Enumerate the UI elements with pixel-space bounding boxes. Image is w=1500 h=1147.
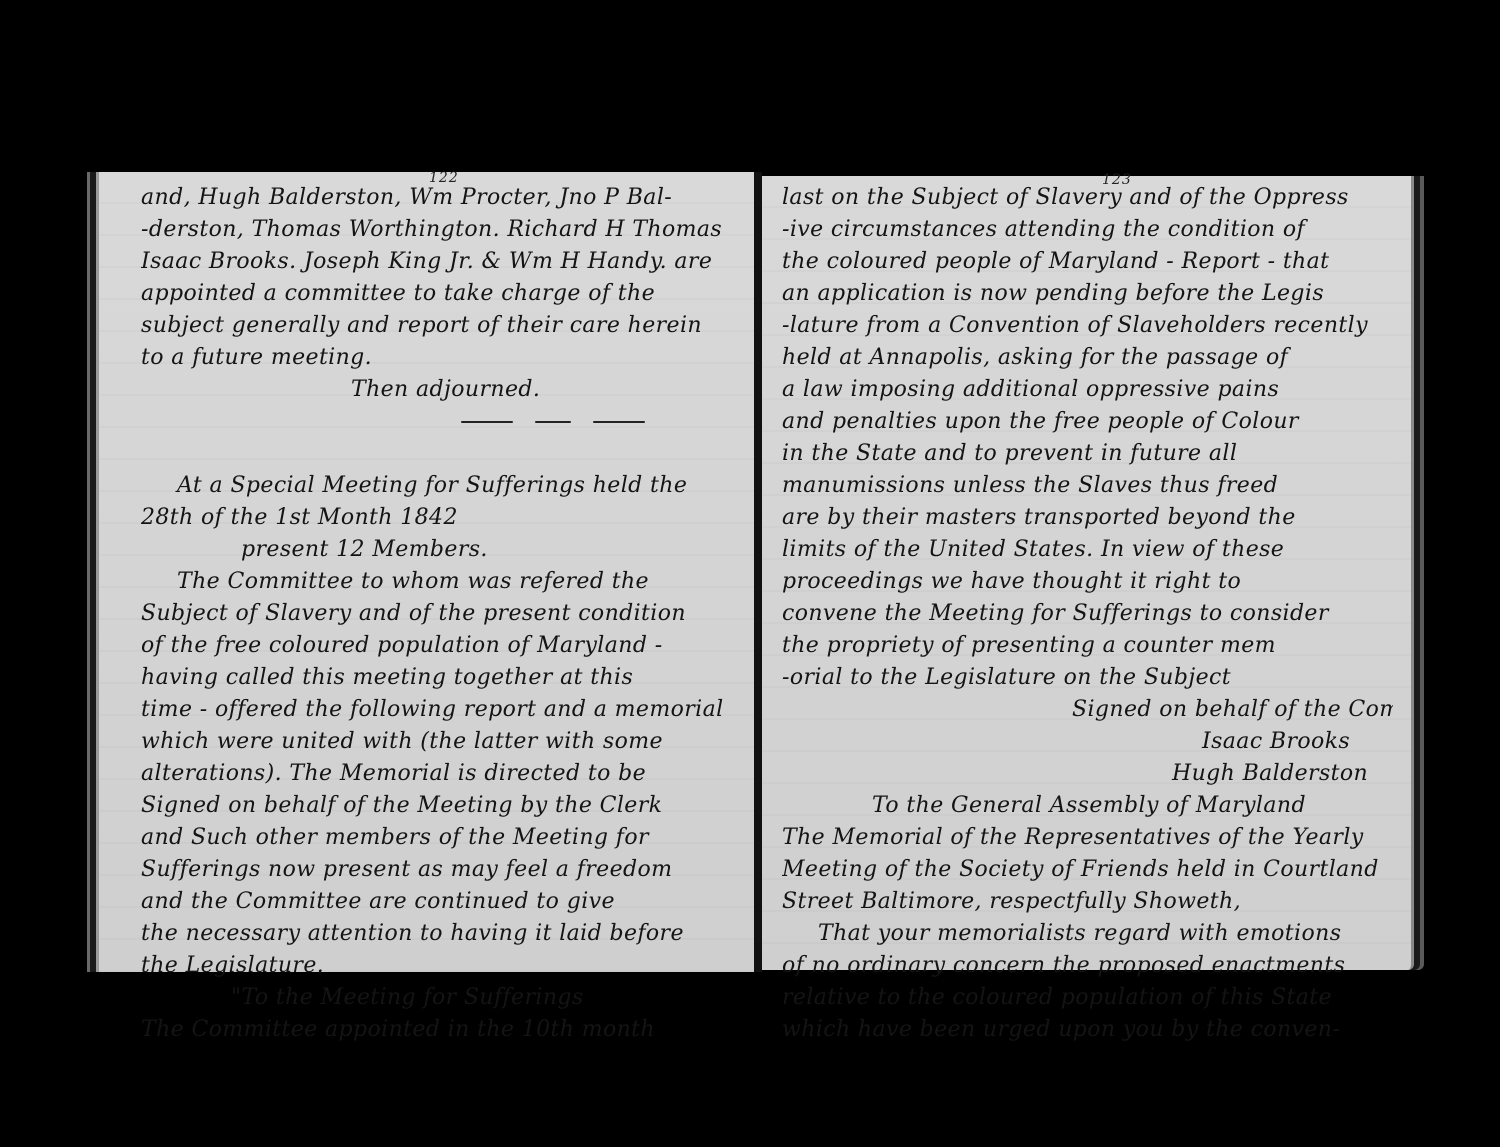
right-page-text: last on the Subject of Slavery and of th…: [782, 182, 1393, 1046]
text-line: the propriety of presenting a counter me…: [782, 630, 1393, 662]
right-page: 123 last on the Subject of Slavery and o…: [762, 176, 1414, 970]
text-line: Sufferings now present as may feel a fre…: [141, 854, 738, 886]
signature-isaac-brooks: Isaac Brooks: [782, 726, 1393, 758]
text-line: time - offered the following report and …: [141, 694, 738, 726]
signed-on-behalf-line: Signed on behalf of the Comee: [782, 694, 1393, 726]
meeting-date-line: 28th of the 1st Month 1842: [141, 502, 738, 534]
text-line: and penalties upon the free people of Co…: [782, 406, 1393, 438]
book-gutter: [754, 172, 762, 972]
text-line: -lature from a Convention of Slaveholder…: [782, 310, 1393, 342]
text-line: are by their masters transported beyond …: [782, 502, 1393, 534]
text-line: to a future meeting.: [141, 342, 738, 374]
text-line: in the State and to prevent in future al…: [782, 438, 1393, 470]
text-line: of the free coloured population of Maryl…: [141, 630, 738, 662]
text-line: limits of the United States. In view of …: [782, 534, 1393, 566]
text-line: which have been urged upon you by the co…: [782, 1014, 1393, 1046]
meeting-heading-line: At a Special Meeting for Sufferings held…: [141, 470, 738, 502]
text-line: and, Hugh Balderston, Wm Procter, Jno P …: [141, 182, 738, 214]
text-line: -derston, Thomas Worthington. Richard H …: [141, 214, 738, 246]
open-book: 122 and, Hugh Balderston, Wm Procter, Jn…: [88, 166, 1428, 974]
address-heading-line: "To the Meeting for Sufferings: [141, 982, 738, 1014]
text-line: of no ordinary concern the proposed enac…: [782, 950, 1393, 982]
text-line: Street Baltimore, respectfully Showeth,: [782, 886, 1393, 918]
text-line: appointed a committee to take charge of …: [141, 278, 738, 310]
text-line: the coloured people of Maryland - Report…: [782, 246, 1393, 278]
text-line: subject generally and report of their ca…: [141, 310, 738, 342]
text-line: alterations). The Memorial is directed t…: [141, 758, 738, 790]
text-line: -orial to the Legislature on the Subject: [782, 662, 1393, 694]
text-line: the Legislature.: [141, 950, 738, 982]
text-line: the necessary attention to having it lai…: [141, 918, 738, 950]
text-line: an application is now pending before the…: [782, 278, 1393, 310]
section-divider-flourish: [141, 406, 738, 438]
text-line: which were united with (the latter with …: [141, 726, 738, 758]
spacer-line: [141, 438, 738, 470]
text-line: last on the Subject of Slavery and of th…: [782, 182, 1393, 214]
text-line: The Committee to whom was refered the: [141, 566, 738, 598]
signature-hugh-balderston: Hugh Balderston: [782, 758, 1393, 790]
text-line: Signed on behalf of the Meeting by the C…: [141, 790, 738, 822]
adjourned-line: Then adjourned.: [141, 374, 738, 406]
attendance-line: present 12 Members.: [141, 534, 738, 566]
left-page-text: and, Hugh Balderston, Wm Procter, Jno P …: [141, 182, 738, 1046]
text-line: The Memorial of the Representatives of t…: [782, 822, 1393, 854]
text-line: manumissions unless the Slaves thus free…: [782, 470, 1393, 502]
text-line: Meeting of the Society of Friends held i…: [782, 854, 1393, 886]
text-line: proceedings we have thought it right to: [782, 566, 1393, 598]
text-line: held at Annapolis, asking for the passag…: [782, 342, 1393, 374]
text-line: Isaac Brooks. Joseph King Jr. & Wm H Han…: [141, 246, 738, 278]
text-line: convene the Meeting for Sufferings to co…: [782, 598, 1393, 630]
text-line: and the Committee are continued to give: [141, 886, 738, 918]
left-page: 122 and, Hugh Balderston, Wm Procter, Jn…: [96, 172, 756, 972]
text-line: That your memorialists regard with emoti…: [782, 918, 1393, 950]
text-line: relative to the coloured population of t…: [782, 982, 1393, 1014]
text-line: Subject of Slavery and of the present co…: [141, 598, 738, 630]
text-line: a law imposing additional oppressive pai…: [782, 374, 1393, 406]
text-line: -ive circumstances attending the conditi…: [782, 214, 1393, 246]
text-line: having called this meeting together at t…: [141, 662, 738, 694]
text-line: and Such other members of the Meeting fo…: [141, 822, 738, 854]
memorial-address-line: To the General Assembly of Maryland: [782, 790, 1393, 822]
text-line: The Committee appointed in the 10th mont…: [141, 1014, 738, 1046]
